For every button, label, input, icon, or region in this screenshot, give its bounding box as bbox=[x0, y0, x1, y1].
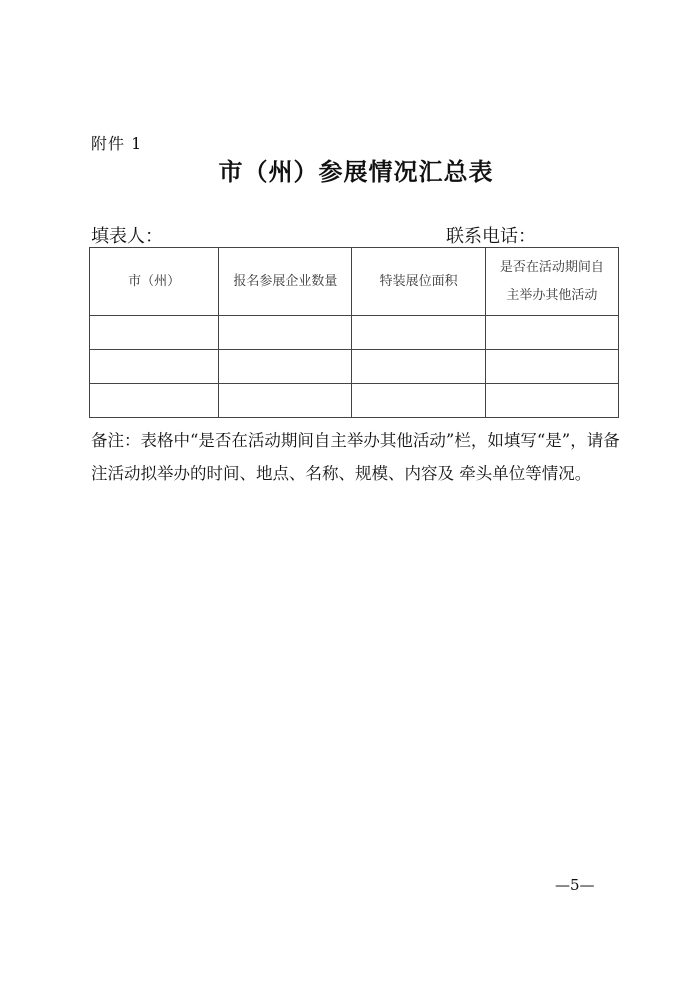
table-cell[interactable] bbox=[219, 316, 352, 350]
table-cell[interactable] bbox=[90, 316, 219, 350]
table-row bbox=[90, 316, 619, 350]
table-cell[interactable] bbox=[352, 384, 485, 418]
table-row bbox=[90, 350, 619, 384]
table-row bbox=[90, 384, 619, 418]
header-other-activities: 是否在活动期间自 主举办其他活动 bbox=[485, 248, 618, 316]
header-city: 市（州） bbox=[90, 248, 219, 316]
header-other-activities-line1: 是否在活动期间自 bbox=[486, 254, 618, 282]
table-cell[interactable] bbox=[485, 384, 618, 418]
summary-table: 市（州） 报名参展企业数量 特装展位面积 是否在活动期间自 主举办其他活动 bbox=[89, 247, 619, 418]
phone-label: 联系电话： bbox=[446, 222, 536, 248]
table-cell[interactable] bbox=[219, 350, 352, 384]
document-title: 市（州）参展情况汇总表 bbox=[0, 152, 700, 187]
table-header-row: 市（州） 报名参展企业数量 特装展位面积 是否在活动期间自 主举办其他活动 bbox=[90, 248, 619, 316]
table-cell[interactable] bbox=[352, 316, 485, 350]
attachment-label: 附件 1 bbox=[91, 131, 142, 154]
table-cell[interactable] bbox=[90, 350, 219, 384]
remarks-note: 备注：表格中“是否在活动期间自主举办其他活动”栏，如填写“是”，请备注活动拟举办… bbox=[91, 424, 621, 490]
table-cell[interactable] bbox=[485, 350, 618, 384]
table-cell[interactable] bbox=[90, 384, 219, 418]
table-cell[interactable] bbox=[352, 350, 485, 384]
header-other-activities-line2: 主举办其他活动 bbox=[486, 282, 618, 310]
table-cell[interactable] bbox=[485, 316, 618, 350]
filler-label: 填表人： bbox=[91, 222, 163, 248]
header-booth-area: 特装展位面积 bbox=[352, 248, 485, 316]
header-enterprise-count: 报名参展企业数量 bbox=[219, 248, 352, 316]
page-number: —5— bbox=[555, 876, 595, 894]
table-cell[interactable] bbox=[219, 384, 352, 418]
